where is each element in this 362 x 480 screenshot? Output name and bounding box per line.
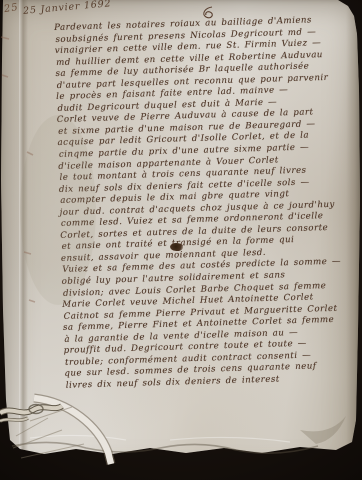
page-detail-overlay (0, 0, 362, 480)
show-through-stain (20, 115, 96, 305)
bottom-right-wrinkle (300, 416, 346, 444)
manuscript-scan: 25 25 Janvier 1692 Pardevant les notaire… (0, 0, 362, 480)
bottom-crumple-highlight (30, 435, 290, 442)
paraph-icon (204, 7, 213, 18)
bottom-crumple-shadow (12, 442, 318, 453)
